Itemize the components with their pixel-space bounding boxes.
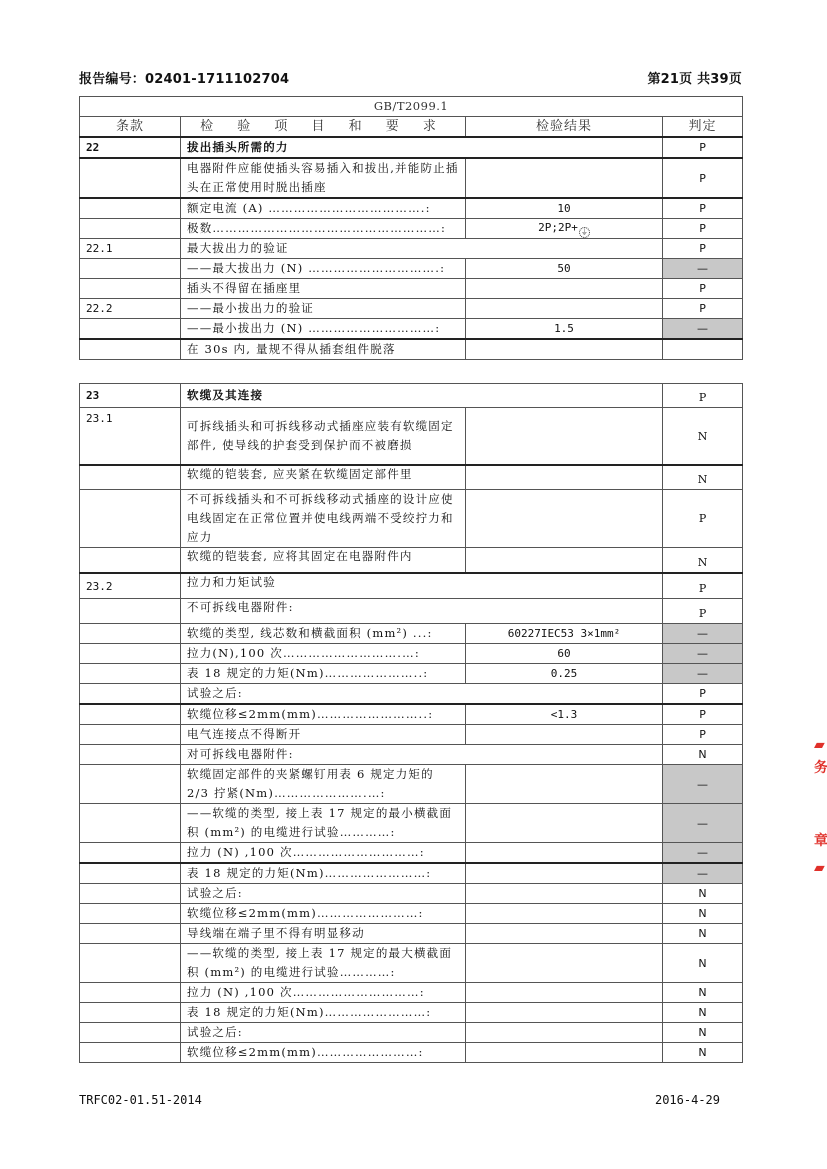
table-row: 导线端在端子里不得有明显移动 N — [80, 924, 743, 944]
result — [466, 465, 663, 490]
verdict: N — [663, 745, 743, 765]
item: 软缆位移≤2mm(mm)……………………: — [181, 904, 466, 924]
seal-char: 务 — [814, 757, 827, 777]
verdict: N — [663, 904, 743, 924]
result: 1.5 — [466, 319, 663, 340]
clause — [80, 804, 181, 843]
earth-symbol-icon: ⏚ — [579, 227, 590, 238]
verdict: — — [663, 319, 743, 340]
verdict — [663, 339, 743, 360]
item: 拉力和力矩试验 — [181, 573, 663, 599]
item: ——最大拔出力 (N) ………………………….: — [181, 259, 466, 279]
item: 不可拆线插头和不可拆线移动式插座的设计应使电线固定在正常位置并使电线两端不受绞拧… — [181, 490, 466, 548]
result — [466, 1003, 663, 1023]
clause — [80, 624, 181, 644]
item: 软缆位移≤2mm(mm)……………………..: — [181, 704, 466, 725]
result: 50 — [466, 259, 663, 279]
clause — [80, 319, 181, 340]
col-header-result: 检验结果 — [466, 117, 663, 138]
item: 软缆位移≤2mm(mm)……………………: — [181, 1043, 466, 1063]
item: 在 30s 内, 量规不得从插套组件脱落 — [181, 339, 466, 360]
item: 软缆及其连接 — [181, 384, 663, 408]
clause — [80, 644, 181, 664]
result — [466, 1023, 663, 1043]
verdict: P — [663, 299, 743, 319]
verdict: P — [663, 573, 743, 599]
result — [466, 490, 663, 548]
item: 软缆的铠装套, 应夹紧在软缆固定部件里 — [181, 465, 466, 490]
result — [466, 548, 663, 574]
clause: 22 — [80, 137, 181, 158]
table-row: 不可拆线插头和不可拆线移动式插座的设计应使电线固定在正常位置并使电线两端不受绞拧… — [80, 490, 743, 548]
clause — [80, 904, 181, 924]
verdict: N — [663, 1003, 743, 1023]
item: 拉力 (N) ,100 次…………………………: — [181, 983, 466, 1003]
verdict: P — [663, 279, 743, 299]
verdict: N — [663, 1043, 743, 1063]
clause — [80, 219, 181, 239]
table-row: 极数………………………………………………: 2P;2P+⏚ P — [80, 219, 743, 239]
item: ——软缆的类型, 接上表 17 规定的最大横截面积 (mm²) 的电缆进行试验…… — [181, 944, 466, 983]
clause: 22.1 — [80, 239, 181, 259]
table-row: 额定电流 (A) ……………………………….: 10 P — [80, 198, 743, 219]
table-row: 软缆的铠装套, 应夹紧在软缆固定部件里 N — [80, 465, 743, 490]
verdict: N — [663, 1023, 743, 1043]
item: 试验之后: — [181, 884, 466, 904]
seal-char: 章 — [814, 830, 827, 850]
verdict: P — [663, 384, 743, 408]
item: 表 18 规定的力矩(Nm)…………………..: — [181, 664, 466, 684]
table-row: 在 30s 内, 量规不得从插套组件脱落 — [80, 339, 743, 360]
result — [466, 1043, 663, 1063]
table-row: 软缆位移≤2mm(mm)……………………: N — [80, 1043, 743, 1063]
clause — [80, 664, 181, 684]
clause — [80, 884, 181, 904]
verdict: P — [663, 239, 743, 259]
verdict: P — [663, 704, 743, 725]
clause — [80, 465, 181, 490]
item: 不可拆线电器附件: — [181, 599, 663, 624]
result — [466, 299, 663, 319]
clause: 22.2 — [80, 299, 181, 319]
verdict: P — [663, 490, 743, 548]
verdict: — — [663, 863, 743, 884]
clause — [80, 490, 181, 548]
table-row: 试验之后: P — [80, 684, 743, 705]
verdict: — — [663, 624, 743, 644]
result — [466, 983, 663, 1003]
result: 10 — [466, 198, 663, 219]
result: 0.25 — [466, 664, 663, 684]
table-row: 软缆的铠装套, 应将其固定在电器附件内 N — [80, 548, 743, 574]
clause — [80, 339, 181, 360]
clause — [80, 983, 181, 1003]
item: 软缆的铠装套, 应将其固定在电器附件内 — [181, 548, 466, 574]
clause — [80, 725, 181, 745]
table-row: 拉力 (N) ,100 次…………………………: — — [80, 843, 743, 864]
result — [466, 804, 663, 843]
inspection-table-clause-23: 23 软缆及其连接 P 23.1 可拆线插头和可拆线移动式插座应装有软缆固定部件… — [79, 383, 743, 1063]
item: 额定电流 (A) ……………………………….: — [181, 198, 466, 219]
clause — [80, 843, 181, 864]
verdict: N — [663, 884, 743, 904]
table-row: 对可拆线电器附件: N — [80, 745, 743, 765]
table-row: 拉力 (N) ,100 次…………………………: N — [80, 983, 743, 1003]
clause — [80, 704, 181, 725]
table-row: 22 拔出插头所需的力 P — [80, 137, 743, 158]
report-number: 报告编号：02401-1711102704 — [79, 68, 289, 87]
item: 最大拔出力的验证 — [181, 239, 663, 259]
item: ——最小拔出力 (N) …………………………: — [181, 319, 466, 340]
item: 电气连接点不得断开 — [181, 725, 466, 745]
item: ——最小拔出力的验证 — [181, 299, 466, 319]
clause — [80, 684, 181, 705]
clause — [80, 158, 181, 198]
table-row: 表 18 规定的力矩(Nm)……………………: — — [80, 863, 743, 884]
clause — [80, 599, 181, 624]
clause: 23.2 — [80, 573, 181, 599]
item: 电器附件应能使插头容易插入和拔出,并能防止插头在正常使用时脱出插座 — [181, 158, 466, 198]
item: 拉力 (N) ,100 次…………………………: — [181, 843, 466, 864]
item: 试验之后: — [181, 684, 663, 705]
result — [466, 279, 663, 299]
clause: 23.1 — [80, 408, 181, 466]
col-header-item: 检 验 项 目 和 要 求 — [181, 117, 466, 138]
result — [466, 884, 663, 904]
clause — [80, 765, 181, 804]
verdict: P — [663, 198, 743, 219]
verdict: P — [663, 599, 743, 624]
result — [466, 725, 663, 745]
clause — [80, 1003, 181, 1023]
page-info: 第21页 共39页 — [647, 68, 742, 87]
verdict: N — [663, 944, 743, 983]
seal-mark: ▰ — [814, 737, 825, 753]
item: ——软缆的类型, 接上表 17 规定的最小横截面积 (mm²) 的电缆进行试验…… — [181, 804, 466, 843]
table-row: 表 18 规定的力矩(Nm)……………………: N — [80, 1003, 743, 1023]
result: <1.3 — [466, 704, 663, 725]
verdict: — — [663, 843, 743, 864]
verdict: — — [663, 644, 743, 664]
result — [466, 904, 663, 924]
clause — [80, 1043, 181, 1063]
table-row: 表 18 规定的力矩(Nm)…………………..: 0.25 — — [80, 664, 743, 684]
result — [466, 863, 663, 884]
verdict: P — [663, 725, 743, 745]
table-row: 23 软缆及其连接 P — [80, 384, 743, 408]
verdict: N — [663, 983, 743, 1003]
item: 表 18 规定的力矩(Nm)……………………: — [181, 1003, 466, 1023]
verdict: N — [663, 924, 743, 944]
clause — [80, 259, 181, 279]
result — [466, 408, 663, 466]
inspection-table-clause-22: GB/T2099.1 条款 检 验 项 目 和 要 求 检验结果 判定 22 拔… — [79, 96, 743, 360]
verdict: N — [663, 548, 743, 574]
footer-date: 2016-4-29 — [655, 1093, 720, 1107]
item: 表 18 规定的力矩(Nm)……………………: — [181, 863, 466, 884]
table-row: ——软缆的类型, 接上表 17 规定的最大横截面积 (mm²) 的电缆进行试验…… — [80, 944, 743, 983]
result — [466, 765, 663, 804]
table-row: 软缆固定部件的夹紧螺钉用表 6 规定力矩的 2/3 拧紧(Nm)………………….… — [80, 765, 743, 804]
clause — [80, 548, 181, 574]
verdict: — — [663, 804, 743, 843]
clause: 23 — [80, 384, 181, 408]
item: 软缆的类型, 线芯数和横截面积 (mm²) ...: — [181, 624, 466, 644]
result — [466, 158, 663, 198]
verdict: — — [663, 259, 743, 279]
table-row: 插头不得留在插座里 P — [80, 279, 743, 299]
result: 2P;2P+⏚ — [466, 219, 663, 239]
table-row: 不可拆线电器附件: P — [80, 599, 743, 624]
clause — [80, 745, 181, 765]
verdict: N — [663, 465, 743, 490]
result — [466, 843, 663, 864]
verdict: P — [663, 684, 743, 705]
clause — [80, 198, 181, 219]
item: 拉力(N),100 次……………………….…: — [181, 644, 466, 664]
seal-mark: ▰ — [814, 860, 825, 876]
table-row: 试验之后: N — [80, 1023, 743, 1043]
col-header-clause: 条款 — [80, 117, 181, 138]
item: 软缆固定部件的夹紧螺钉用表 6 规定力矩的 2/3 拧紧(Nm)………………….… — [181, 765, 466, 804]
table-row: 软缆的类型, 线芯数和横截面积 (mm²) ...: 60227IEC53 3×… — [80, 624, 743, 644]
table-row: 试验之后: N — [80, 884, 743, 904]
item: 试验之后: — [181, 1023, 466, 1043]
clause — [80, 863, 181, 884]
table-row: 23.2 拉力和力矩试验 P — [80, 573, 743, 599]
table-row: 电器附件应能使插头容易插入和拔出,并能防止插头在正常使用时脱出插座 P — [80, 158, 743, 198]
verdict: — — [663, 664, 743, 684]
item: 拔出插头所需的力 — [181, 137, 663, 158]
official-seal-fragment: ▰ 务 章 ▰ — [812, 735, 827, 885]
table-row: ——软缆的类型, 接上表 17 规定的最小横截面积 (mm²) 的电缆进行试验…… — [80, 804, 743, 843]
result — [466, 924, 663, 944]
item: 导线端在端子里不得有明显移动 — [181, 924, 466, 944]
table-row: 软缆位移≤2mm(mm)……………………: N — [80, 904, 743, 924]
table-row: 22.2 ——最小拔出力的验证 P — [80, 299, 743, 319]
verdict: N — [663, 408, 743, 466]
item: 插头不得留在插座里 — [181, 279, 466, 299]
result-text: 2P;2P+ — [538, 221, 578, 234]
clause — [80, 944, 181, 983]
clause — [80, 1023, 181, 1043]
verdict: — — [663, 765, 743, 804]
table-row: ——最小拔出力 (N) …………………………: 1.5 — — [80, 319, 743, 340]
clause — [80, 279, 181, 299]
result — [466, 944, 663, 983]
result — [466, 339, 663, 360]
col-header-verdict: 判定 — [663, 117, 743, 138]
form-code: TRFC02-01.51-2014 — [79, 1093, 202, 1107]
item: 可拆线插头和可拆线移动式插座应装有软缆固定部件, 使导线的护套受到保护而不被磨损 — [181, 408, 466, 466]
verdict: P — [663, 219, 743, 239]
table-row: 软缆位移≤2mm(mm)……………………..: <1.3 P — [80, 704, 743, 725]
result: 60227IEC53 3×1mm² — [466, 624, 663, 644]
table-row: ——最大拔出力 (N) ………………………….: 50 — — [80, 259, 743, 279]
table-row: 23.1 可拆线插头和可拆线移动式插座应装有软缆固定部件, 使导线的护套受到保护… — [80, 408, 743, 466]
table-row: 电气连接点不得断开 P — [80, 725, 743, 745]
verdict: P — [663, 158, 743, 198]
item: 极数………………………………………………: — [181, 219, 466, 239]
item: 对可拆线电器附件: — [181, 745, 663, 765]
standard-title: GB/T2099.1 — [80, 97, 743, 117]
verdict: P — [663, 137, 743, 158]
result: 60 — [466, 644, 663, 664]
table-row: 22.1 最大拔出力的验证 P — [80, 239, 743, 259]
table-row: 拉力(N),100 次……………………….…: 60 — — [80, 644, 743, 664]
clause — [80, 924, 181, 944]
